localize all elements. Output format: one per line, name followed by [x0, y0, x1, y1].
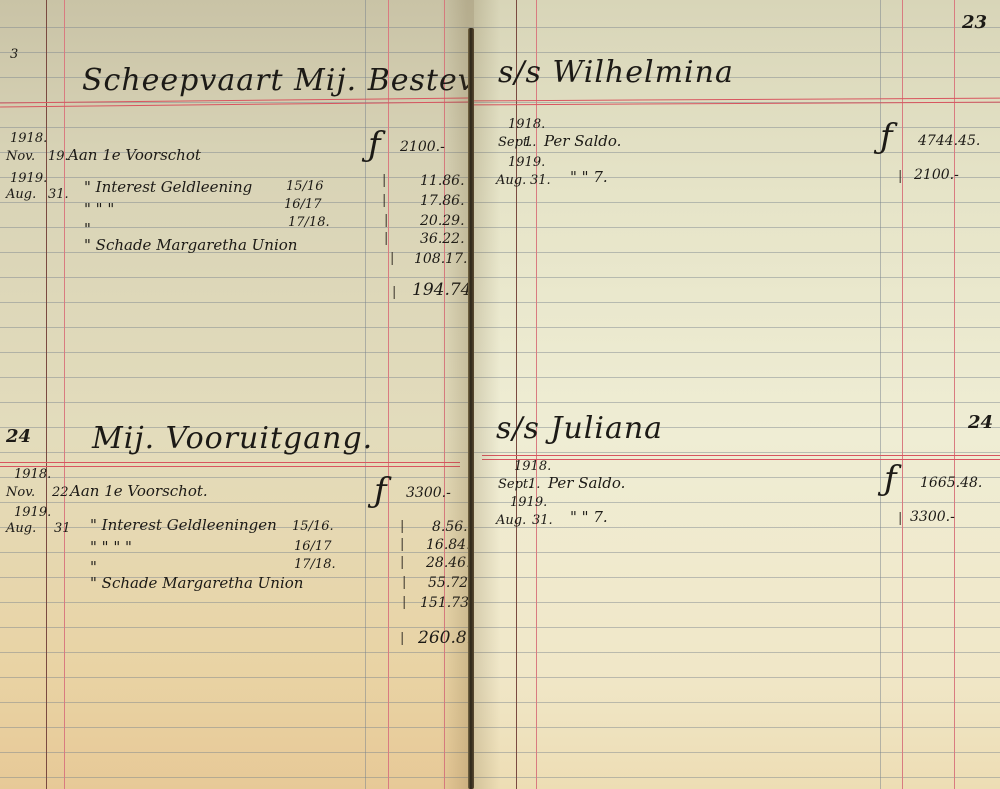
amount-column-rule: [388, 0, 389, 789]
page-number: 23: [962, 14, 987, 32]
ditto-tick-mark: |: [898, 170, 902, 183]
entry-amount: 3300.-: [910, 510, 955, 524]
ditto-tick-mark: |: [402, 576, 406, 589]
entry-ref: 15/16: [286, 180, 323, 193]
account-header-rule: [482, 455, 1000, 460]
entry-description: Per Saldo.: [548, 476, 625, 491]
ledger-left-page: 3 Scheepvaart Mij. Bestevaer 1918. Nov. …: [0, 0, 474, 789]
entry-year: 1919.: [10, 172, 47, 185]
ref-column-rule: [365, 0, 366, 789]
ditto-tick-mark: |: [384, 232, 388, 245]
entry-year: 1919.: [508, 156, 545, 169]
entry-year: 1918.: [10, 132, 47, 145]
ditto-tick-mark: |: [384, 214, 388, 227]
day-column-rule: [64, 0, 65, 789]
entry-description: " " ": [84, 202, 114, 217]
entry-description: " Schade Margaretha Union: [90, 576, 303, 591]
entry-year: 1918.: [514, 460, 551, 473]
ditto-tick-mark: |: [382, 174, 386, 187]
entry-ref: 16/17: [294, 540, 331, 553]
entry-description: " Schade Margaretha Union: [84, 238, 297, 253]
entry-year: 1918.: [14, 468, 51, 481]
account-title: s/s Juliana: [496, 414, 663, 444]
ditto-tick-mark: |: [400, 632, 404, 645]
entry-description: " " " ": [90, 540, 132, 555]
entry-year: 1919.: [14, 506, 51, 519]
book-spine: [468, 28, 474, 789]
entry-amount: 1665.48.: [920, 476, 982, 490]
entry-day: 31: [54, 522, 71, 535]
entry-description: Aan 1e Voorschot: [68, 148, 201, 163]
entry-month: Aug.: [496, 514, 526, 527]
entry-description: " " 7.: [570, 170, 608, 185]
entry-month: Aug.: [6, 188, 36, 201]
florin-symbol: ƒ: [880, 120, 893, 154]
ditto-tick-mark: |: [392, 286, 396, 299]
entry-day: 1.: [524, 136, 536, 149]
florin-symbol: ƒ: [368, 128, 381, 162]
page-number: 24: [968, 414, 993, 432]
entry-year: 1918.: [508, 118, 545, 131]
entry-ref: 15/16.: [292, 520, 334, 533]
page-number: 24: [6, 428, 31, 446]
entry-month: Nov.: [6, 150, 35, 163]
ditto-tick-mark: |: [400, 520, 404, 533]
top-mark: 3: [10, 48, 18, 61]
account-title: s/s Wilhelmina: [498, 58, 734, 88]
ditto-tick-mark: |: [400, 556, 404, 569]
account-header-rule: [0, 462, 460, 467]
entry-day: 19.: [48, 150, 69, 163]
entry-description: ": [84, 222, 91, 237]
entry-ref: 17/18.: [294, 558, 336, 571]
entry-day: 31.: [532, 514, 553, 527]
ruled-lines: [0, 0, 474, 789]
account-title: Scheepvaart Mij. Bestevaer: [82, 66, 474, 96]
ruled-lines: [474, 0, 1000, 789]
entry-month: Aug.: [496, 174, 526, 187]
ditto-tick-mark: |: [382, 194, 386, 207]
amount-column-rule: [902, 0, 903, 789]
entry-year: 1919.: [510, 496, 547, 509]
cents-column-rule: [954, 0, 955, 789]
florin-symbol: ƒ: [374, 474, 387, 508]
entry-ref: 16/17: [284, 198, 321, 211]
entry-amount: 2100.-: [400, 140, 445, 154]
date-column-rule: [46, 0, 47, 789]
entry-description: " " 7.: [570, 510, 608, 525]
ditto-tick-mark: |: [400, 538, 404, 551]
ledger-right-page: 23 s/s Wilhelmina 1918. Sept. 1. Per Sal…: [474, 0, 1000, 789]
ditto-tick-mark: |: [402, 596, 406, 609]
florin-symbol: ƒ: [884, 462, 897, 496]
entry-month: Aug.: [6, 522, 36, 535]
entry-description: Aan 1e Voorschot.: [70, 484, 208, 499]
entry-ref: 17/18.: [288, 216, 330, 229]
entry-month: Nov.: [6, 486, 35, 499]
account-title: Mij. Vooruitgang.: [92, 424, 373, 454]
ditto-tick-mark: |: [390, 252, 394, 265]
entry-amount: 2100.-: [914, 168, 959, 182]
entry-description: ": [90, 560, 97, 575]
entry-description: " Interest Geldleeningen: [90, 518, 277, 533]
entry-description: " Interest Geldleening: [84, 180, 252, 195]
ditto-tick-mark: |: [898, 512, 902, 525]
entry-amount: 4744.45.: [918, 134, 980, 148]
entry-day: 31.: [530, 174, 551, 187]
entry-day: 31.: [48, 188, 69, 201]
entry-description: Per Saldo.: [544, 134, 621, 149]
entry-day: 1.: [528, 478, 540, 491]
